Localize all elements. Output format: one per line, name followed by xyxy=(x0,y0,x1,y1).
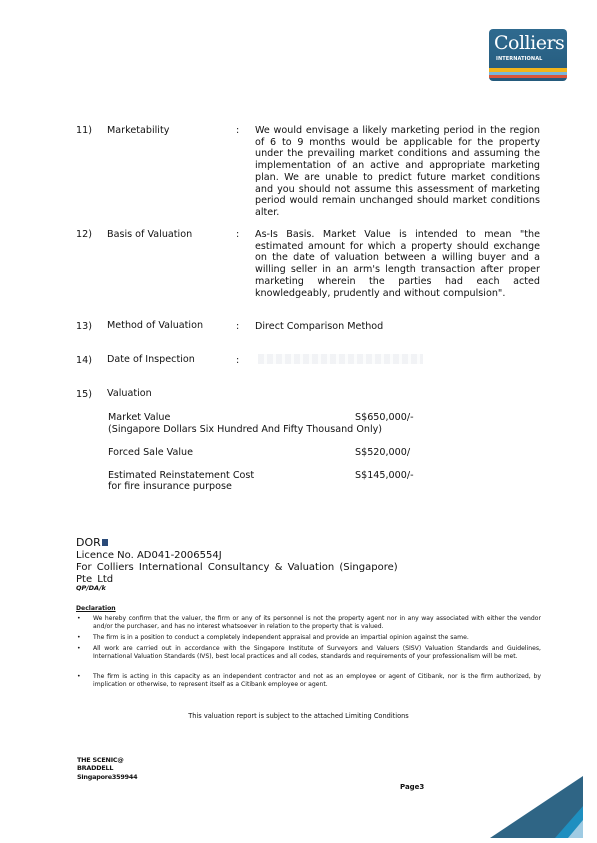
section-label: Method of Valuation xyxy=(107,320,203,332)
section-text-basis: As-Is Basis. Market Value is intended to… xyxy=(255,229,540,299)
bullet-icon: • xyxy=(77,673,81,681)
reinstatement-amount: S$145,000/- xyxy=(355,470,414,482)
section-label: Marketability xyxy=(107,125,169,137)
limiting-conditions-note: This valuation report is subject to the … xyxy=(0,712,597,720)
page-number: Page3 xyxy=(400,783,424,791)
section-number: 12) xyxy=(76,229,92,241)
reinstatement-label-2: for fire insurance purpose xyxy=(108,481,232,493)
declaration-item: The firm is in a position to conduct a c… xyxy=(93,634,541,642)
section-colon: : xyxy=(236,229,239,241)
section-label: Basis of Valuation xyxy=(107,229,192,241)
section-colon: : xyxy=(236,355,239,367)
section-number: 15) xyxy=(76,389,92,401)
signatory-name: DOR xyxy=(76,537,108,549)
reference-code: QP/DA/k xyxy=(76,584,106,592)
bullet-icon: • xyxy=(77,615,81,623)
market-value-label: Market Value xyxy=(108,412,170,424)
bullet-icon: • xyxy=(77,645,81,653)
company-name: For Colliers International Consultancy &… xyxy=(76,562,416,585)
declaration-item: The firm is acting in this capacity as a… xyxy=(93,673,541,690)
section-colon: : xyxy=(236,321,239,333)
section-label: Valuation xyxy=(107,388,152,400)
reinstatement-label: Estimated Reinstatement Cost xyxy=(108,470,254,482)
market-value-amount: S$650,000/- xyxy=(355,412,414,424)
forced-sale-amount: S$520,000/ xyxy=(355,447,410,459)
section-number: 13) xyxy=(76,321,92,333)
declaration-item: All work are carried out in accordance w… xyxy=(93,645,541,662)
section-number: 14) xyxy=(76,355,92,367)
logo-sub: INTERNATIONAL xyxy=(496,56,542,62)
address-line-2: BRADDELL xyxy=(77,764,113,773)
declaration-item: We hereby confirm that the valuer, the f… xyxy=(93,615,541,632)
logo-brand: Colliers xyxy=(494,32,564,54)
logo-stripe-red xyxy=(489,75,567,78)
section-colon: : xyxy=(236,125,239,137)
colliers-logo: Colliers INTERNATIONAL xyxy=(489,29,567,81)
market-value-words: (Singapore Dollars Six Hundred And Fifty… xyxy=(108,424,382,436)
section-label: Date of Inspection xyxy=(107,354,195,366)
forced-sale-label: Forced Sale Value xyxy=(108,447,193,459)
licence-number: Licence No. AD041-2006554J xyxy=(76,550,222,562)
redacted-inspection-date xyxy=(258,354,423,364)
section-number: 11) xyxy=(76,125,92,137)
address-line-3: Singapore359944 xyxy=(77,773,137,782)
bullet-icon: • xyxy=(77,634,81,642)
section-text-method: Direct Comparison Method xyxy=(255,321,540,333)
corner-wave-graphic xyxy=(480,770,597,843)
declaration-title: Declaration xyxy=(76,605,116,613)
section-text-marketability: We would envisage a likely marketing per… xyxy=(255,125,540,219)
